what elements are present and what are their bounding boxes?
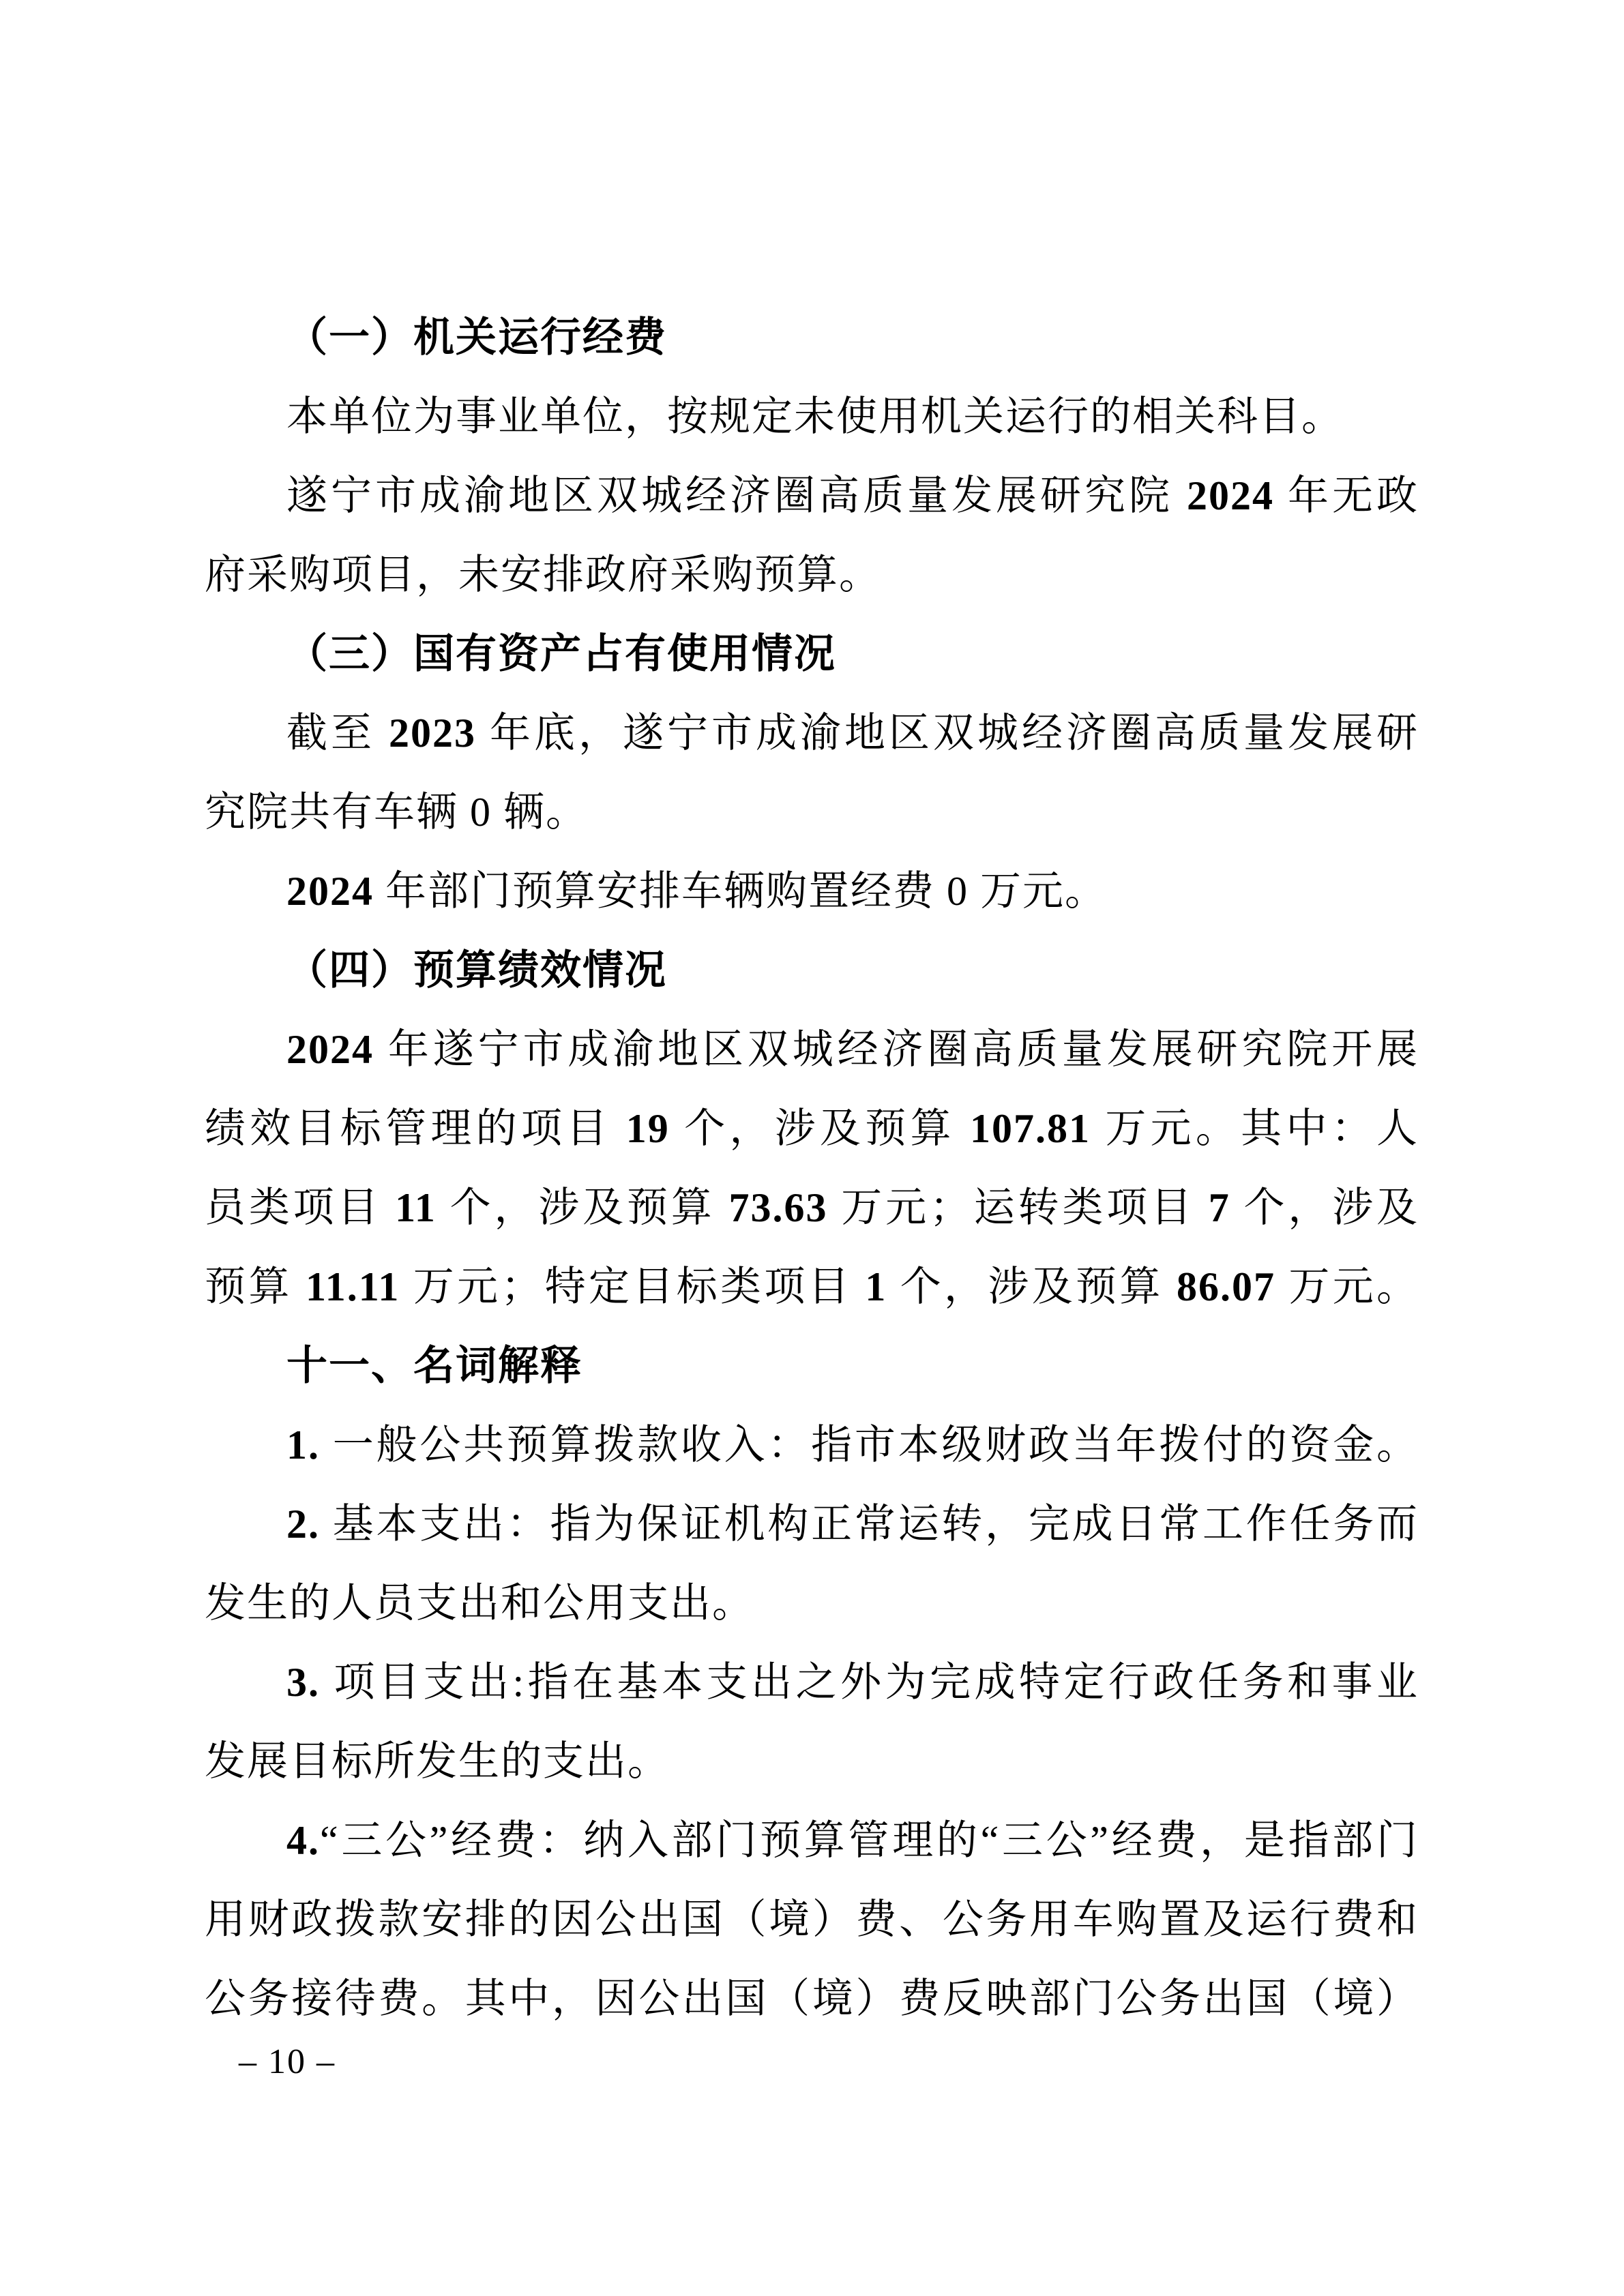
text-line: 截至 2023 年底，遂宁市成渝地区双城经济圈高质量发展研 bbox=[205, 694, 1419, 773]
text-line: 发展目标所发生的支出。 bbox=[205, 1722, 1419, 1801]
text-line: 3. 项目支出:指在基本支出之外为完成特定行政任务和事业 bbox=[205, 1643, 1419, 1722]
section-heading: 十一、名词解释 bbox=[205, 1326, 1419, 1405]
text-line: 员类项目 11 个，涉及预算 73.63 万元；运转类项目 7 个，涉及 bbox=[205, 1168, 1419, 1247]
cjk-text: 万元；运转类项目 bbox=[841, 1185, 1195, 1230]
cjk-text: 万元。其中：人 bbox=[1105, 1106, 1419, 1151]
section-heading: （四）预算绩效情况 bbox=[205, 931, 1419, 1010]
cjk-text: 年遂宁市成渝地区双城经济圈高质量发展研究院开展 bbox=[374, 1027, 1419, 1072]
cjk-text: 年无政 bbox=[1288, 473, 1419, 518]
text-line: 2. 基本支出：指为保证机构正常运转，完成日常工作任务而 bbox=[205, 1485, 1419, 1564]
cjk-text: 个，涉及预算 bbox=[450, 1185, 715, 1230]
text-line: 1. 一般公共预算拨款收入：指市本级财政当年拨付的资金。 bbox=[205, 1405, 1419, 1485]
text-line: 发生的人员支出和公用支出。 bbox=[205, 1564, 1419, 1643]
cjk-text: 个，涉及 bbox=[1244, 1185, 1419, 1230]
numeric-text: 7 bbox=[1195, 1185, 1244, 1230]
numeric-text: 11 bbox=[381, 1185, 449, 1230]
cjk-text: 个，涉及预算 bbox=[900, 1264, 1164, 1309]
cjk-text: 十一、名词解释 bbox=[286, 1343, 582, 1388]
numeric-text: 19 bbox=[612, 1106, 685, 1151]
cjk-text: 公务接待费。其中，因公出国（境）费反映部门公务出国（境） bbox=[205, 1976, 1419, 2021]
text-line: 预算 11.11 万元；特定目标类项目 1 个，涉及预算 86.07 万元。 bbox=[205, 1247, 1419, 1326]
section-heading: （一）机关运行经费 bbox=[205, 298, 1419, 377]
cjk-text: 绩效目标管理的项目 bbox=[205, 1106, 612, 1151]
cjk-text: 用财政拨款安排的因公出国（境）费、公务用车购置及运行费和 bbox=[205, 1897, 1419, 1942]
text-line: 遂宁市成渝地区双城经济圈高质量发展研究院 2024 年无政 bbox=[205, 456, 1419, 535]
cjk-text: 遂宁市成渝地区双城经济圈高质量发展研究院 bbox=[286, 473, 1173, 518]
numeric-text: 4. bbox=[286, 1818, 320, 1863]
cjk-text: 万元；特定目标类项目 bbox=[413, 1264, 852, 1309]
page-number: – 10 – bbox=[239, 2043, 336, 2081]
cjk-text: 本单位为事业单位，按规定未使用机关运行的相关科目。 bbox=[286, 394, 1344, 439]
numeric-text: 2. bbox=[286, 1502, 320, 1547]
numeric-text: 2024 bbox=[286, 1027, 374, 1072]
cjk-text: 年部门预算安排车辆购置经费 bbox=[374, 869, 935, 914]
cjk-text: （一）机关运行经费 bbox=[286, 315, 667, 360]
cjk-text: 个，涉及预算 bbox=[684, 1106, 956, 1151]
numeric-text: 86.07 bbox=[1164, 1264, 1289, 1309]
numeric-text: 2024 bbox=[1173, 473, 1288, 518]
text-line: 4.“三公”经费：纳入部门预算管理的“三公”经费，是指部门 bbox=[205, 1801, 1419, 1880]
document-body: （一）机关运行经费本单位为事业单位，按规定未使用机关运行的相关科目。遂宁市成渝地… bbox=[205, 298, 1419, 2038]
cjk-text: “三公”经费：纳入部门预算管理的“三公”经费，是指部门 bbox=[320, 1818, 1419, 1863]
cjk-text: 预算 bbox=[205, 1264, 293, 1309]
text-line: 究院共有车辆 0 辆。 bbox=[205, 773, 1419, 852]
cjk-text: 究院共有车辆 bbox=[205, 790, 458, 835]
numeric-text: 1 bbox=[852, 1264, 900, 1309]
section-heading: （三）国有资产占有使用情况 bbox=[205, 614, 1419, 694]
cjk-text: 0 bbox=[935, 869, 980, 914]
cjk-text: 年底，遂宁市成渝地区双城经济圈高质量发展研 bbox=[490, 711, 1419, 756]
cjk-text: 发展目标所发生的支出。 bbox=[205, 1739, 670, 1784]
text-line: 府采购项目，未安排政府采购预算。 bbox=[205, 535, 1419, 614]
cjk-text: 万元。 bbox=[1288, 1264, 1419, 1309]
numeric-text: 2023 bbox=[375, 711, 490, 756]
numeric-text: 2024 bbox=[286, 869, 374, 914]
cjk-text: 截至 bbox=[286, 711, 375, 756]
numeric-text: 107.81 bbox=[956, 1106, 1106, 1151]
numeric-text: 3. bbox=[286, 1660, 320, 1705]
cjk-text: （四）预算绩效情况 bbox=[286, 948, 667, 993]
text-line: 本单位为事业单位，按规定未使用机关运行的相关科目。 bbox=[205, 377, 1419, 456]
cjk-text: 员类项目 bbox=[205, 1185, 381, 1230]
cjk-text: 项目支出:指在基本支出之外为完成特定行政任务和事业 bbox=[320, 1660, 1419, 1705]
cjk-text: 府采购项目，未安排政府采购预算。 bbox=[205, 552, 881, 597]
cjk-text: 基本支出：指为保证机构正常运转，完成日常工作任务而 bbox=[320, 1502, 1419, 1547]
numeric-text: 11.11 bbox=[293, 1264, 413, 1309]
cjk-text: （三）国有资产占有使用情况 bbox=[286, 631, 836, 676]
numeric-text: 1. bbox=[286, 1422, 320, 1467]
text-line: 绩效目标管理的项目 19 个，涉及预算 107.81 万元。其中：人 bbox=[205, 1089, 1419, 1168]
cjk-text: 0 bbox=[458, 790, 503, 835]
cjk-text: 发生的人员支出和公用支出。 bbox=[205, 1581, 754, 1626]
cjk-text: 辆。 bbox=[503, 790, 588, 835]
text-line: 用财政拨款安排的因公出国（境）费、公务用车购置及运行费和 bbox=[205, 1880, 1419, 1959]
cjk-text: 一般公共预算拨款收入：指市本级财政当年拨付的资金。 bbox=[320, 1422, 1419, 1467]
text-line: 2024 年部门预算安排车辆购置经费 0 万元。 bbox=[205, 852, 1419, 931]
document-page: （一）机关运行经费本单位为事业单位，按规定未使用机关运行的相关科目。遂宁市成渝地… bbox=[0, 0, 1624, 2296]
numeric-text: 73.63 bbox=[715, 1185, 842, 1230]
cjk-text: 万元。 bbox=[980, 869, 1107, 914]
text-line: 2024 年遂宁市成渝地区双城经济圈高质量发展研究院开展 bbox=[205, 1010, 1419, 1089]
text-line: 公务接待费。其中，因公出国（境）费反映部门公务出国（境） bbox=[205, 1959, 1419, 2038]
